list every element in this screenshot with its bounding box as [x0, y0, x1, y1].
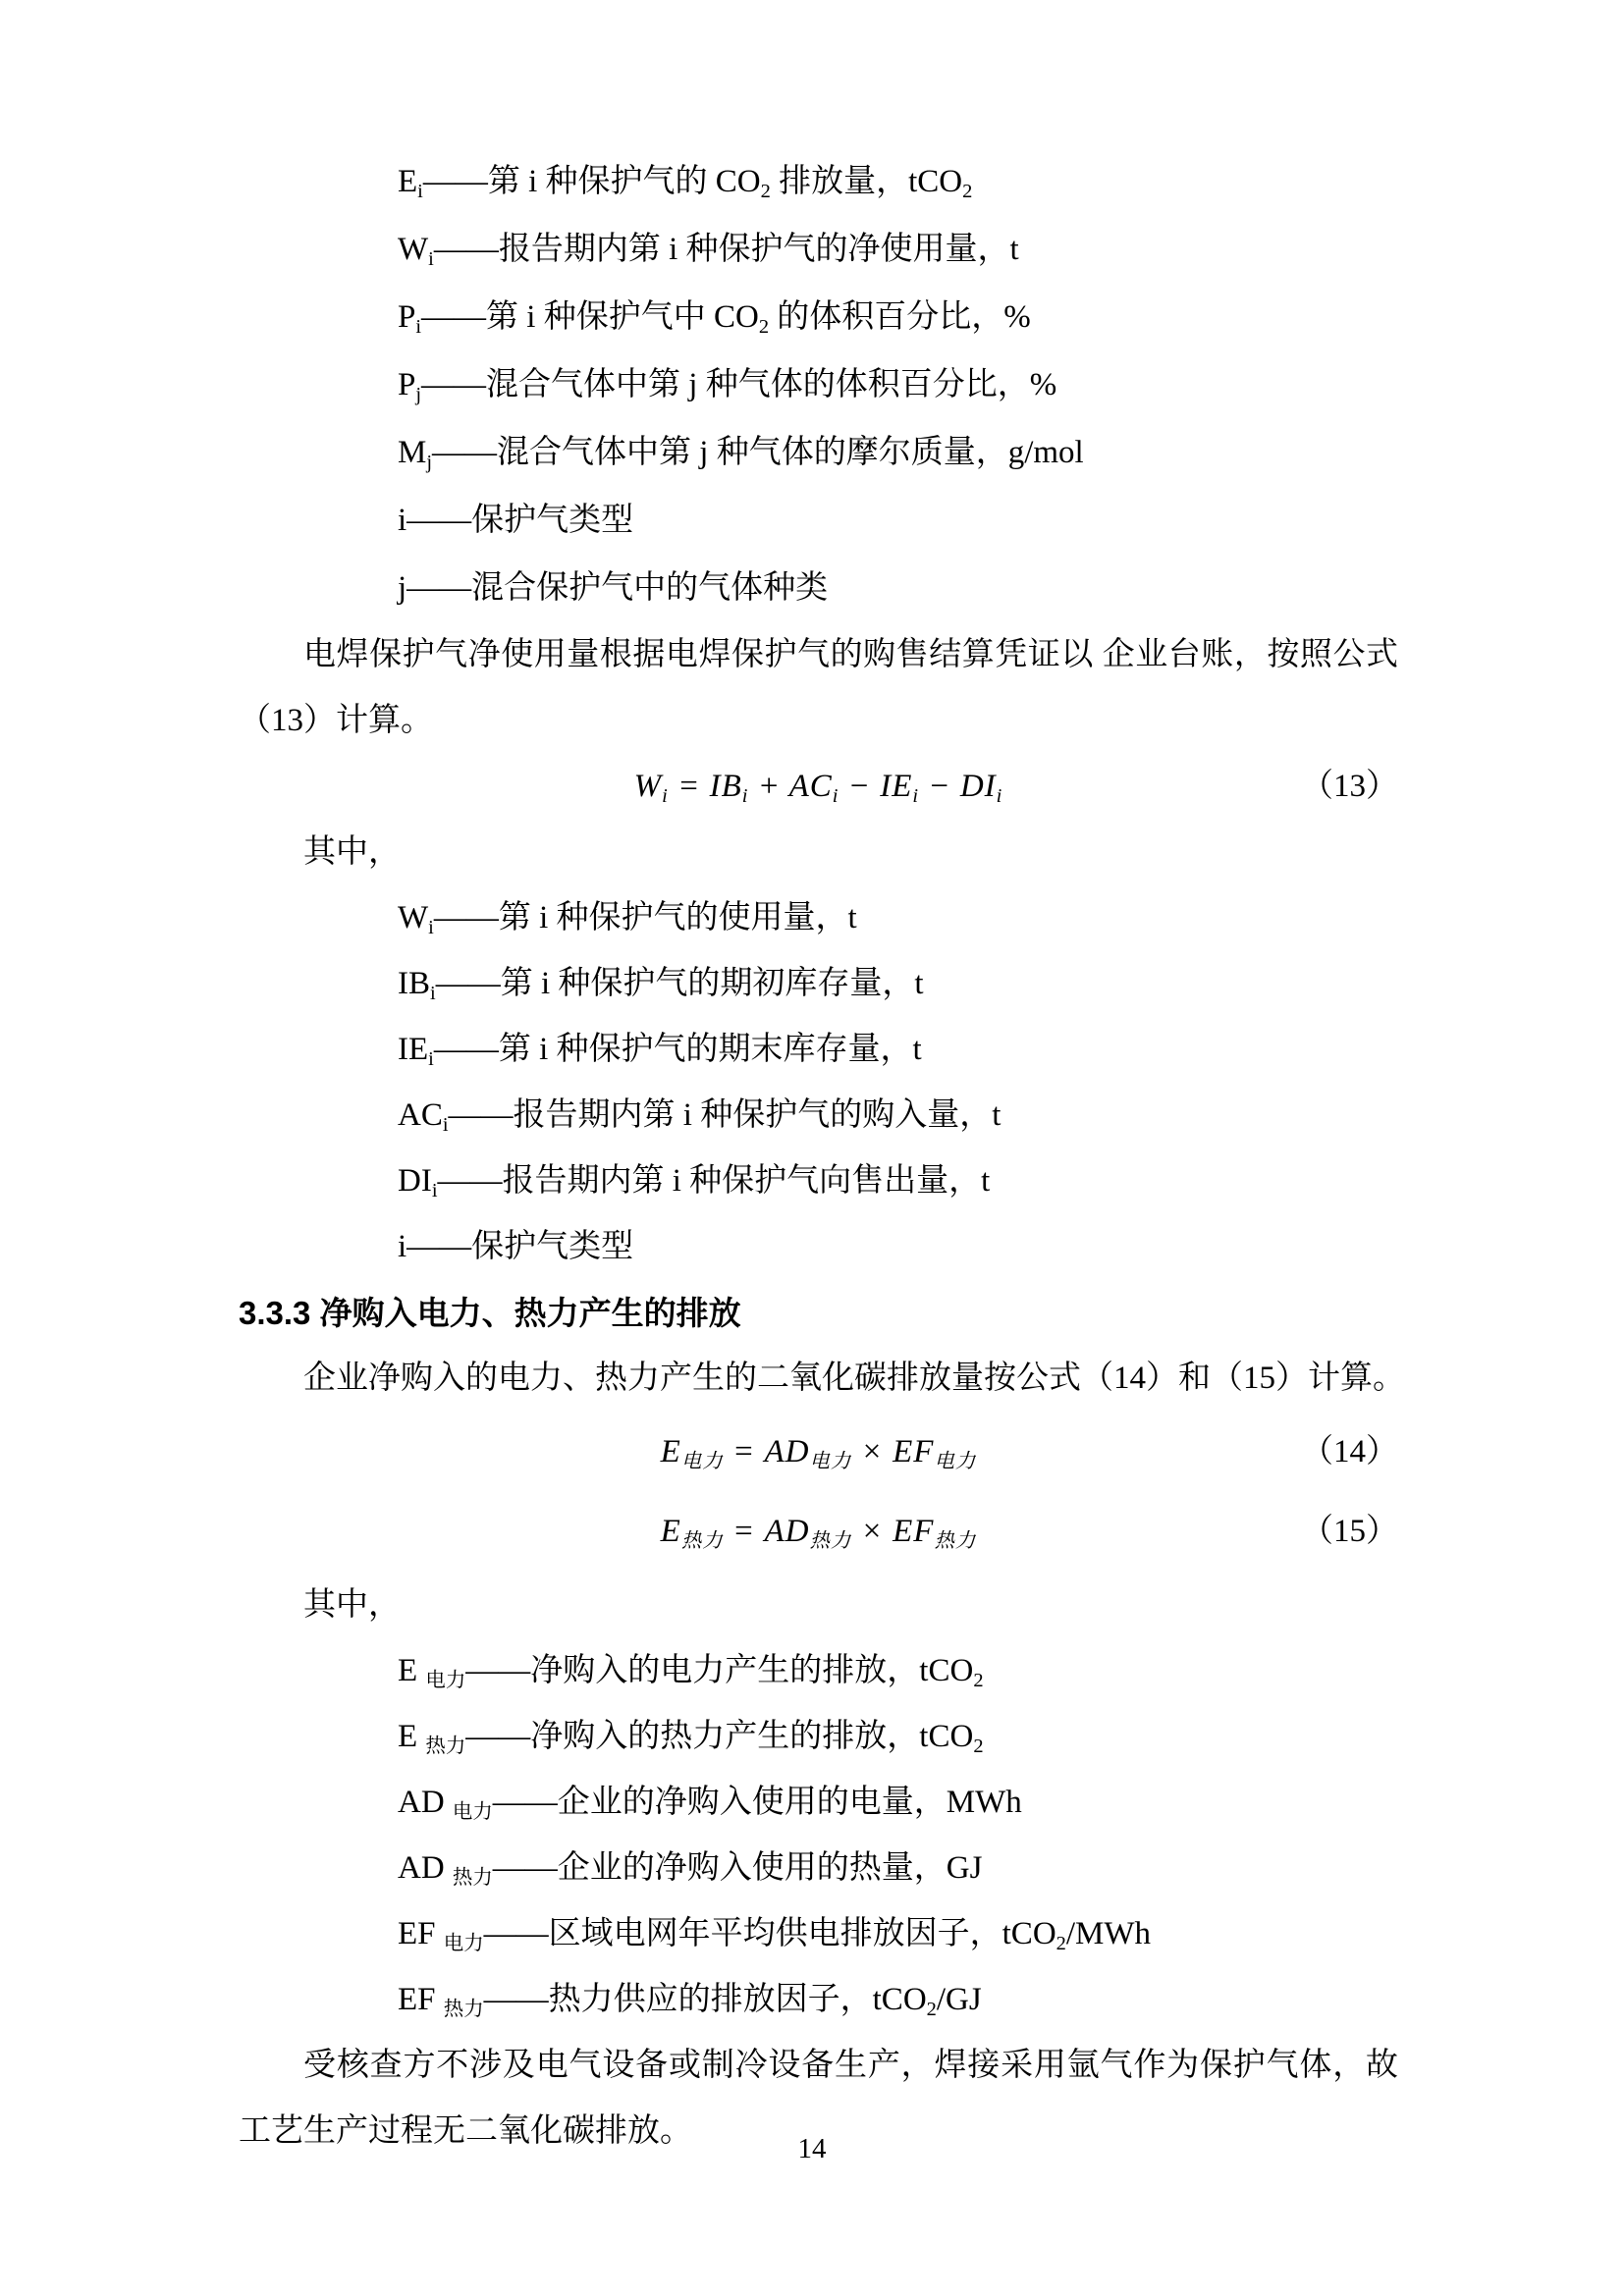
- definition-item: E 电力——净购入的电力产生的排放，tCO2: [239, 1638, 1398, 1704]
- formula-13-number: （13）: [1301, 754, 1398, 820]
- definition-item: i——保护气类型: [239, 1214, 1398, 1280]
- formula-15: E热力 = AD热力 × EF热力 （15）: [239, 1499, 1398, 1565]
- paragraph-line: 电焊保护气净使用量根据电焊保护气的购售结算凭证以 企业台账，按照公式: [239, 622, 1398, 688]
- definition-item: AD 电力——企业的净购入使用的电量，MWh: [239, 1770, 1398, 1836]
- where-label: 其中，: [239, 1573, 1398, 1638]
- formula-13: Wi = IBi + ACi − IEi − DIi （13）: [239, 754, 1398, 820]
- definition-item: IEi——第 i 种保护气的期末库存量，t: [239, 1017, 1398, 1083]
- formula-15-body: E热力 = AD热力 × EF热力: [661, 1514, 977, 1549]
- definition-item: i——保护气类型: [239, 487, 1398, 555]
- definition-item: E 热力——净购入的热力产生的排放，tCO2: [239, 1704, 1398, 1770]
- definitions-block-3: E 电力——净购入的电力产生的排放，tCO2 E 热力——净购入的热力产生的排放…: [239, 1638, 1398, 2033]
- paragraph-line: （13）计算。: [239, 688, 1398, 754]
- text-body: Ei——第 i 种保护气的 CO2 排放量，tCO2 Wi——报告期内第 i 种…: [239, 148, 1398, 2164]
- formula-14-body: E电力 = AD电力 × EF电力: [661, 1434, 977, 1469]
- definition-item: Ei——第 i 种保护气的 CO2 排放量，tCO2: [239, 148, 1398, 216]
- definition-item: AD 热力——企业的净购入使用的热量，GJ: [239, 1836, 1398, 1901]
- definition-item: j——混合保护气中的气体种类: [239, 555, 1398, 622]
- paragraph-line: 企业净购入的电力、热力产生的二氧化碳排放量按公式（14）和（15）计算。: [239, 1346, 1398, 1412]
- definition-item: ACi——报告期内第 i 种保护气的购入量，t: [239, 1083, 1398, 1148]
- definition-item: EF 热力——热力供应的排放因子，tCO2/GJ: [239, 1967, 1398, 2033]
- formula-13-body: Wi = IBi + ACi − IEi − DIi: [634, 769, 1003, 804]
- formula-15-number: （15）: [1301, 1499, 1398, 1565]
- definition-item: Pj——混合气体中第 j 种气体的体积百分比，%: [239, 351, 1398, 419]
- definition-item: IBi——第 i 种保护气的期初库存量，t: [239, 951, 1398, 1017]
- definitions-block-2: Wi——第 i 种保护气的使用量，t IBi——第 i 种保护气的期初库存量，t…: [239, 885, 1398, 1280]
- definition-item: Wi——报告期内第 i 种保护气的净使用量，t: [239, 216, 1398, 284]
- definitions-block-1: Ei——第 i 种保护气的 CO2 排放量，tCO2 Wi——报告期内第 i 种…: [239, 148, 1398, 622]
- document-page: { "page_number": "14", "defs_block1": [ …: [0, 0, 1624, 2296]
- section-heading-3-3-3: 3.3.3 净购入电力、热力产生的排放: [239, 1280, 1398, 1346]
- paragraph-line: 受核查方不涉及电气设备或制冷设备生产，焊接采用氩气作为保护气体，故: [239, 2033, 1398, 2099]
- formula-14: E电力 = AD电力 × EF电力 （14）: [239, 1419, 1398, 1485]
- page-number: 14: [0, 2132, 1624, 2165]
- definition-item: DIi——报告期内第 i 种保护气向售出量，t: [239, 1148, 1398, 1214]
- formula-14-number: （14）: [1301, 1419, 1398, 1485]
- section-number: 3.3.3: [239, 1295, 310, 1331]
- definition-item: Pi——第 i 种保护气中 CO2 的体积百分比，%: [239, 284, 1398, 351]
- where-label: 其中，: [239, 820, 1398, 885]
- section-title: 净购入电力、热力产生的排放: [320, 1295, 741, 1331]
- definition-item: Mj——混合气体中第 j 种气体的摩尔质量，g/mol: [239, 419, 1398, 487]
- definition-item: EF 电力——区域电网年平均供电排放因子，tCO2/MWh: [239, 1901, 1398, 1967]
- definition-item: Wi——第 i 种保护气的使用量，t: [239, 885, 1398, 951]
